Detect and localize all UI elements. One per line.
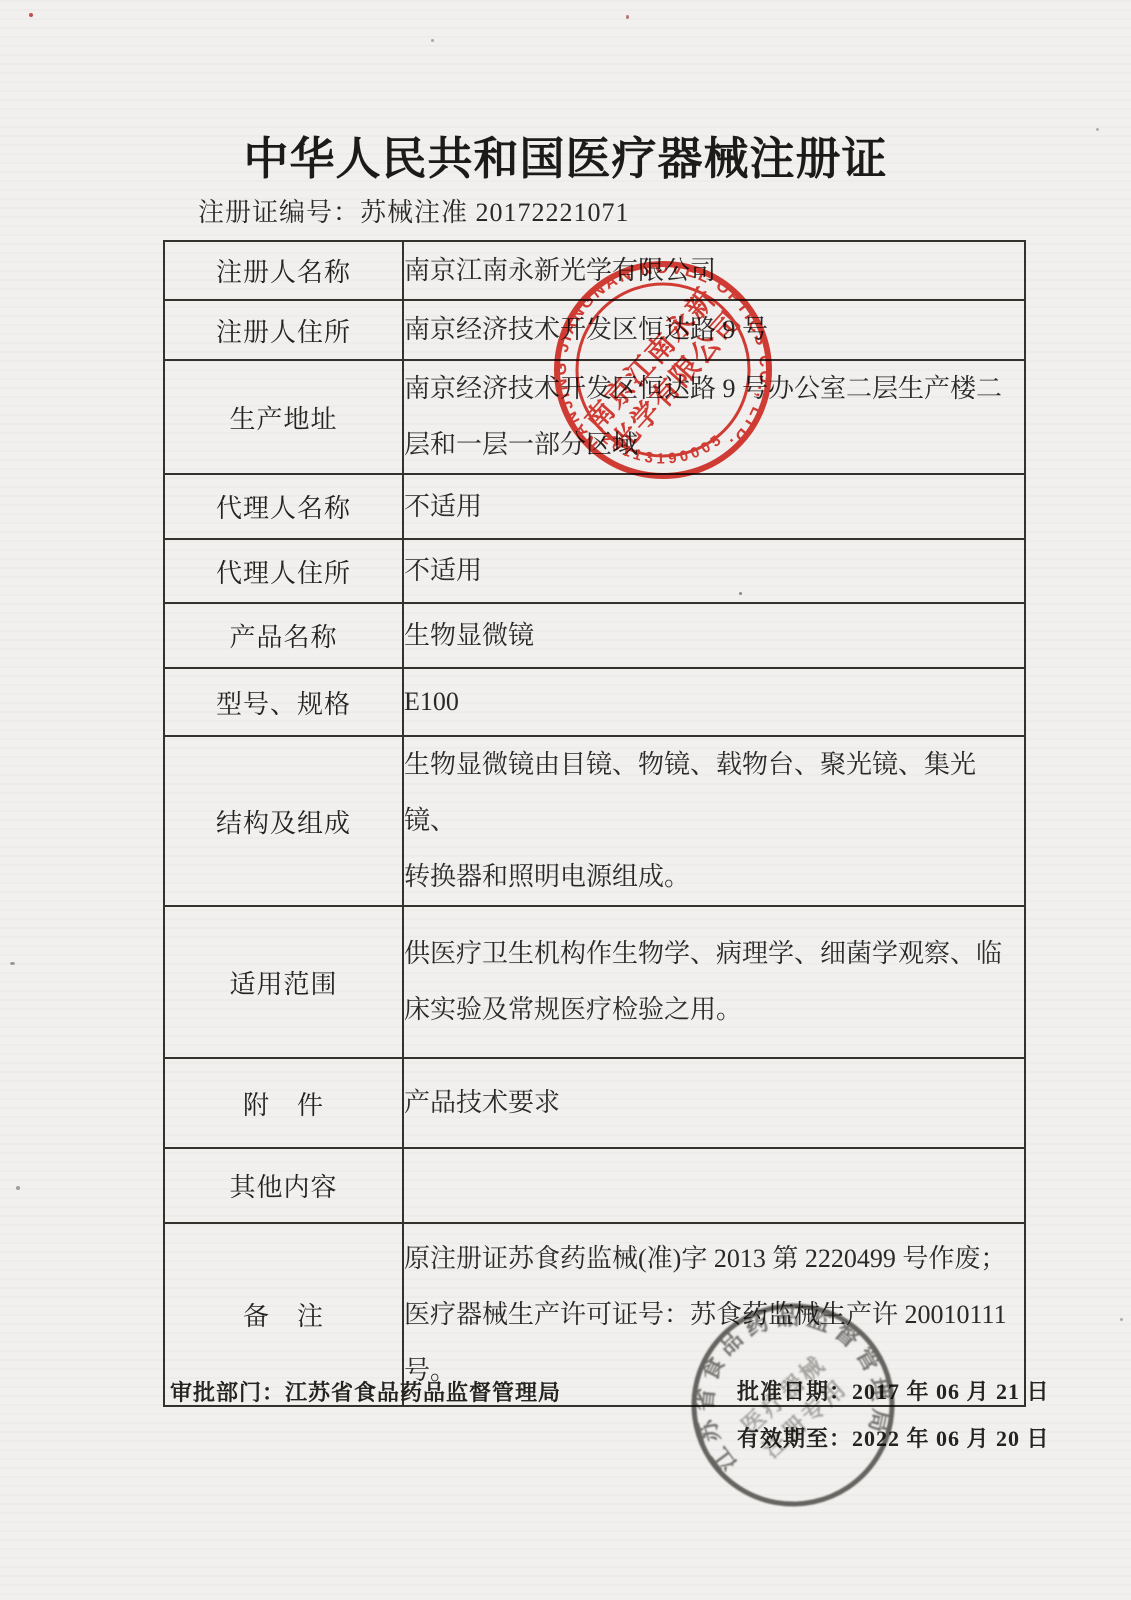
certificate-number-label: 注册证编号： — [198, 198, 360, 227]
row-value-line: 床实验及常规医疗检验之用。 — [404, 982, 1024, 1038]
row-label: 生产地址 — [164, 360, 403, 474]
row-value: 生物显微镜由目镜、物镜、载物台、聚光镜、集光镜、 转换器和照明电源组成。 — [403, 736, 1025, 906]
row-label: 注册人名称 — [164, 241, 403, 300]
table-row: 结构及组成 生物显微镜由目镜、物镜、载物台、聚光镜、集光镜、 转换器和照明电源组… — [164, 736, 1025, 906]
row-label: 注册人住所 — [164, 300, 403, 360]
scan-speck — [1120, 1318, 1123, 1321]
scan-speck — [16, 1186, 20, 1190]
row-label: 其他内容 — [164, 1148, 403, 1223]
page-title: 中华人民共和国医疗器械注册证 — [0, 122, 1131, 187]
row-value: 供医疗卫生机构作生物学、病理学、细菌学观察、临 床实验及常规医疗检验之用。 — [403, 906, 1025, 1058]
authority-seal-ring — [687, 1299, 899, 1511]
row-label: 代理人住所 — [164, 539, 403, 603]
row-value: E100 — [403, 668, 1025, 736]
row-label: 代理人名称 — [164, 474, 403, 539]
row-value: 生物显微镜 — [403, 603, 1025, 668]
table-row: 其他内容 — [164, 1148, 1025, 1223]
row-label: 附 件 — [164, 1058, 403, 1148]
table-row: 附 件 产品技术要求 — [164, 1058, 1025, 1148]
row-value-line: 产品技术要求 — [404, 1075, 1024, 1131]
row-label: 型号、规格 — [164, 668, 403, 736]
scan-speck — [29, 13, 33, 17]
row-value — [403, 1148, 1025, 1223]
row-value: 产品技术要求 — [403, 1058, 1025, 1148]
table-row: 适用范围 供医疗卫生机构作生物学、病理学、细菌学观察、临 床实验及常规医疗检验之… — [164, 906, 1025, 1058]
certificate-number-line: 注册证编号：苏械注准 20172221071 — [198, 192, 630, 229]
company-seal-stamp: NANJING JIANGNAN NOVEL OPTICS CO., LTD. … — [548, 255, 778, 485]
row-value-line: 生物显微镜 — [404, 608, 1024, 664]
row-value-line: 生物显微镜由目镜、物镜、载物台、聚光镜、集光镜、 — [404, 737, 1024, 849]
table-row: 代理人住所 不适用 — [164, 539, 1025, 603]
scan-speck — [626, 15, 629, 19]
table-row: 型号、规格 E100 — [164, 668, 1025, 736]
row-value-line: 不适用 — [404, 543, 1024, 599]
row-value-line: 供医疗卫生机构作生物学、病理学、细菌学观察、临 — [404, 926, 1024, 982]
scan-speck — [431, 39, 434, 42]
row-label: 结构及组成 — [164, 736, 403, 906]
row-value-line: 原注册证苏食药监械(准)字 2013 第 2220499 号作废； — [404, 1231, 1024, 1287]
authority-seal-stamp: 江苏省食品药品监督管理局 医疗器械 注册专用 — [687, 1299, 899, 1511]
table-row: 产品名称 生物显微镜 — [164, 603, 1025, 668]
scan-speck — [10, 962, 15, 965]
certificate-number-value: 苏械注准 20172221071 — [360, 198, 630, 227]
approval-department: 审批部门：江苏省食品药品监督管理局 — [170, 1376, 561, 1407]
row-value: 不适用 — [403, 539, 1025, 603]
row-label: 适用范围 — [164, 906, 403, 1058]
row-value-line: 转换器和照明电源组成。 — [404, 849, 1024, 905]
row-label: 产品名称 — [164, 603, 403, 668]
row-value-line: 不适用 — [404, 479, 1024, 535]
row-value-line: E100 — [404, 674, 1024, 730]
